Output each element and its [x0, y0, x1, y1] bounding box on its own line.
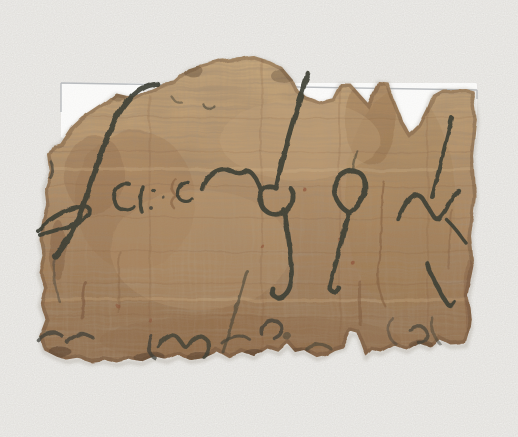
scanned-papyrus-photo [0, 0, 518, 437]
papyrus-scan-image [0, 0, 518, 437]
scan-grain-overlay [0, 0, 518, 437]
